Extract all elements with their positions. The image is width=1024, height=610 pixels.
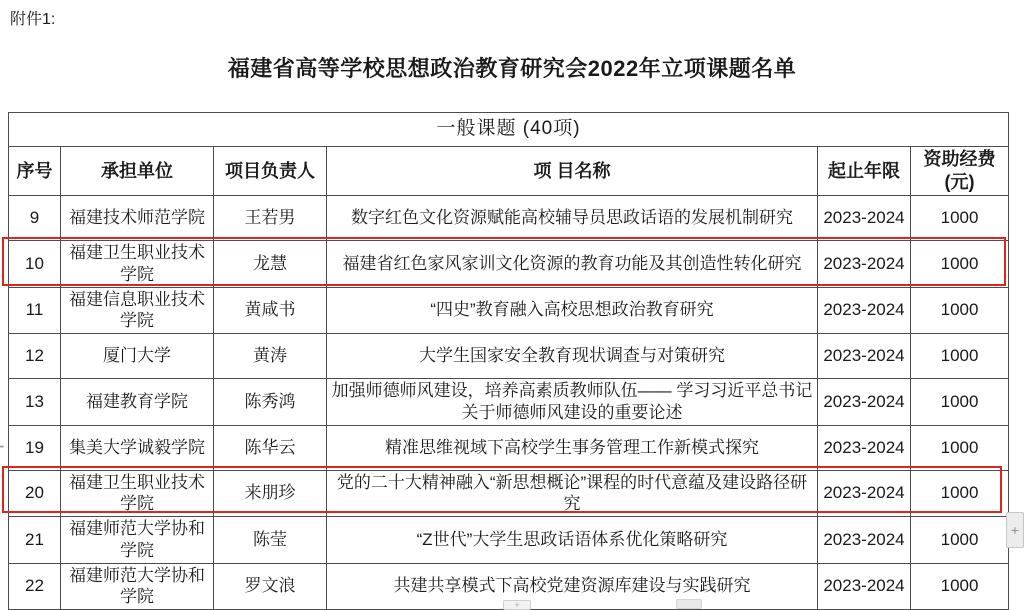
- cell-no: 12: [9, 334, 61, 379]
- table-caption: 一般课题 (40项): [9, 113, 1009, 147]
- table-bottom-handle[interactable]: +: [503, 600, 531, 610]
- col-header-leader: 项目负责人: [214, 147, 327, 196]
- cell-no: 9: [9, 196, 61, 241]
- cell-leader: 罗文浪: [214, 563, 327, 610]
- cell-project: 福建省红色家风家训文化资源的教育功能及其创造性转化研究: [327, 241, 818, 288]
- cell-no: 11: [9, 287, 61, 334]
- cell-fund: 1000: [911, 470, 1009, 517]
- cell-project: 党的二十大精神融入“新思想概论”课程的时代意蕴及建设路径研究: [327, 470, 818, 517]
- cell-years: 2023-2024: [818, 563, 911, 610]
- cell-no: 19: [9, 425, 61, 470]
- cell-years: 2023-2024: [818, 334, 911, 379]
- cell-unit: 福建教育学院: [61, 379, 214, 426]
- cell-fund: 1000: [911, 379, 1009, 426]
- cell-fund: 1000: [911, 425, 1009, 470]
- plus-icon: +: [514, 600, 519, 610]
- col-header-project: 项 目名称: [327, 147, 818, 196]
- cell-project: 共建共享模式下高校党建资源库建设与实践研究: [327, 563, 818, 610]
- cell-project: 数字红色文化资源赋能高校辅导员思政话语的发展机制研究: [327, 196, 818, 241]
- cell-leader: 陈华云: [214, 425, 327, 470]
- horizontal-scrollbar-thumb[interactable]: [676, 599, 702, 609]
- cell-years: 2023-2024: [818, 425, 911, 470]
- projects-table: 一般课题 (40项) 序号 承担单位 项目负责人 项 目名称 起止年限 资助经费…: [8, 112, 1009, 610]
- cell-project: 大学生国家安全教育现状调查与对策研究: [327, 334, 818, 379]
- cell-unit: 福建技术师范学院: [61, 196, 214, 241]
- col-header-fund-line1: 资助经费: [924, 149, 996, 169]
- table-row-13: 13 福建教育学院 陈秀鸿 加强师德师风建设，培养高素质教师队伍—— 学习习近平…: [9, 379, 1009, 426]
- cell-no: 10: [9, 241, 61, 288]
- cell-unit: 福建师范大学协和学院: [61, 517, 214, 564]
- cell-leader: 王若男: [214, 196, 327, 241]
- cell-no: 20: [9, 470, 61, 517]
- table-caption-row: 一般课题 (40项): [9, 113, 1009, 147]
- cell-fund: 1000: [911, 287, 1009, 334]
- cell-unit: 福建信息职业技术学院: [61, 287, 214, 334]
- document-page: 附件1: 福建省高等学校思想政治教育研究会2022年立项课题名单 一般课题 (4…: [0, 0, 1024, 610]
- cell-leader: 黄涛: [214, 334, 327, 379]
- cell-unit: 厦门大学: [61, 334, 214, 379]
- table-row-19: 19 集美大学诚毅学院 陈华云 精准思维视域下高校学生事务管理工作新模式探究 2…: [9, 425, 1009, 470]
- cell-unit: 福建师范大学协和学院: [61, 563, 214, 610]
- col-header-no: 序号: [9, 147, 61, 196]
- cell-no: 22: [9, 563, 61, 610]
- cell-years: 2023-2024: [818, 241, 911, 288]
- cell-leader: 来朋珍: [214, 470, 327, 517]
- cell-fund: 1000: [911, 196, 1009, 241]
- page-title: 福建省高等学校思想政治教育研究会2022年立项课题名单: [0, 52, 1024, 83]
- attachment-label: 附件1:: [10, 6, 55, 29]
- cell-leader: 陈莹: [214, 517, 327, 564]
- cell-years: 2023-2024: [818, 517, 911, 564]
- table-row-12: 12 厦门大学 黄涛 大学生国家安全教育现状调查与对策研究 2023-2024 …: [9, 334, 1009, 379]
- table-row-11: 11 福建信息职业技术学院 黄咸书 “四史”教育融入高校思想政治教育研究 202…: [9, 287, 1009, 334]
- cell-leader: 陈秀鸿: [214, 379, 327, 426]
- cell-no: 21: [9, 517, 61, 564]
- table-row-10: 10 福建卫生职业技术学院 龙慧 福建省红色家风家训文化资源的教育功能及其创造性…: [9, 241, 1009, 288]
- move-handle-icon[interactable]: ✛: [0, 438, 5, 456]
- col-header-unit: 承担单位: [61, 147, 214, 196]
- table-row-9: 9 福建技术师范学院 王若男 数字红色文化资源赋能高校辅导员思政话语的发展机制研…: [9, 196, 1009, 241]
- col-header-years: 起止年限: [818, 147, 911, 196]
- table-header-row: 序号 承担单位 项目负责人 项 目名称 起止年限 资助经费(元): [9, 147, 1009, 196]
- cell-years: 2023-2024: [818, 470, 911, 517]
- cell-project: 加强师德师风建设，培养高素质教师队伍—— 学习习近平总书记关于师德师风建设的重要…: [327, 379, 818, 426]
- cell-unit: 福建卫生职业技术学院: [61, 241, 214, 288]
- cell-unit: 集美大学诚毅学院: [61, 425, 214, 470]
- cell-fund: 1000: [911, 517, 1009, 564]
- table-row-21: 21 福建师范大学协和学院 陈莹 “Z世代”大学生思政话语体系优化策略研究 20…: [9, 517, 1009, 564]
- cell-fund: 1000: [911, 334, 1009, 379]
- cell-project: “Z世代”大学生思政话语体系优化策略研究: [327, 517, 818, 564]
- table-row-20: 20 福建卫生职业技术学院 来朋珍 党的二十大精神融入“新思想概论”课程的时代意…: [9, 470, 1009, 517]
- cell-leader: 龙慧: [214, 241, 327, 288]
- cell-years: 2023-2024: [818, 287, 911, 334]
- col-header-fund: 资助经费(元): [911, 147, 1009, 196]
- cell-years: 2023-2024: [818, 379, 911, 426]
- cell-leader: 黄咸书: [214, 287, 327, 334]
- insert-row-button[interactable]: +: [1006, 512, 1024, 548]
- plus-icon: +: [1011, 522, 1019, 538]
- cell-fund: 1000: [911, 241, 1009, 288]
- cell-project: “四史”教育融入高校思想政治教育研究: [327, 287, 818, 334]
- col-header-fund-line2: (元): [914, 171, 1005, 194]
- cell-project: 精准思维视域下高校学生事务管理工作新模式探究: [327, 425, 818, 470]
- cell-unit: 福建卫生职业技术学院: [61, 470, 214, 517]
- cell-fund: 1000: [911, 563, 1009, 610]
- cell-years: 2023-2024: [818, 196, 911, 241]
- cell-no: 13: [9, 379, 61, 426]
